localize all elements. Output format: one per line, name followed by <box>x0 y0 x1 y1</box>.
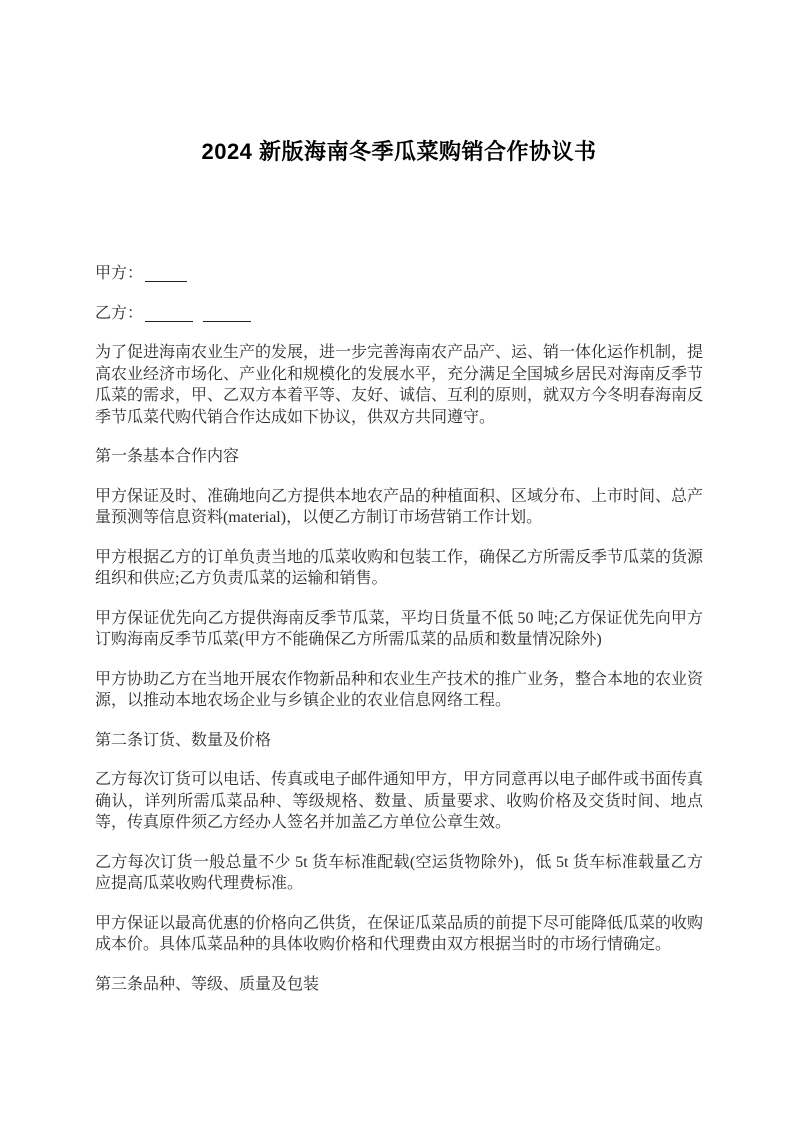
document-page: 2024 新版海南冬季瓜菜购销合作协议书 甲方： 乙方： 为了促进海南农业生产的… <box>0 0 793 1122</box>
section-1-paragraph-2: 甲方根据乙方的订单负责当地的瓜菜收购和包装工作，确保乙方所需反季节瓜菜的货源组织… <box>95 547 703 590</box>
intro-paragraph: 为了促进海南农业生产的发展，进一步完善海南农产品产、运、销一体化运作机制，提高农… <box>95 342 703 428</box>
section-2-paragraph-1: 乙方每次订货可以电话、传真或电子邮件通知甲方，甲方同意再以电子邮件或书面传真确认… <box>95 769 703 834</box>
section-2-paragraph-3: 甲方保证以最高优惠的价格向乙供货，在保证瓜菜品质的前提下尽可能降低瓜菜的收购成本… <box>95 913 703 956</box>
party-b-label: 乙方： <box>95 305 143 322</box>
section-1-paragraph-1: 甲方保证及时、准确地向乙方提供本地农产品的种植面积、区域分布、上市时间、总产量预… <box>95 486 703 529</box>
section-3-heading: 第三条品种、等级、质量及包装 <box>95 974 703 996</box>
party-b-blank-line-2 <box>203 304 251 322</box>
section-2-heading: 第二条订货、数量及价格 <box>95 730 703 752</box>
party-b-blank-line-1 <box>145 304 193 322</box>
party-a-label: 甲方： <box>95 265 143 282</box>
section-2-paragraph-2: 乙方每次订货一般总量不少 5t 货车标准配载(空运货物除外)，低 5t 货车标准… <box>95 852 703 895</box>
section-1-paragraph-4: 甲方协助乙方在当地开展农作物新品种和农业生产技术的推广业务，整合本地的农业资源，… <box>95 669 703 712</box>
section-1-heading: 第一条基本合作内容 <box>95 446 703 468</box>
party-a-row: 甲方： <box>95 263 703 285</box>
party-a-blank-line <box>145 264 187 282</box>
section-1-paragraph-3: 甲方保证优先向乙方提供海南反季节瓜菜，平均日货量不低 50 吨;乙方保证优先向甲… <box>95 608 703 651</box>
party-b-row: 乙方： <box>95 303 703 325</box>
document-content: 2024 新版海南冬季瓜菜购销合作协议书 甲方： 乙方： 为了促进海南农业生产的… <box>0 0 793 1053</box>
document-title: 2024 新版海南冬季瓜菜购销合作协议书 <box>95 137 703 167</box>
